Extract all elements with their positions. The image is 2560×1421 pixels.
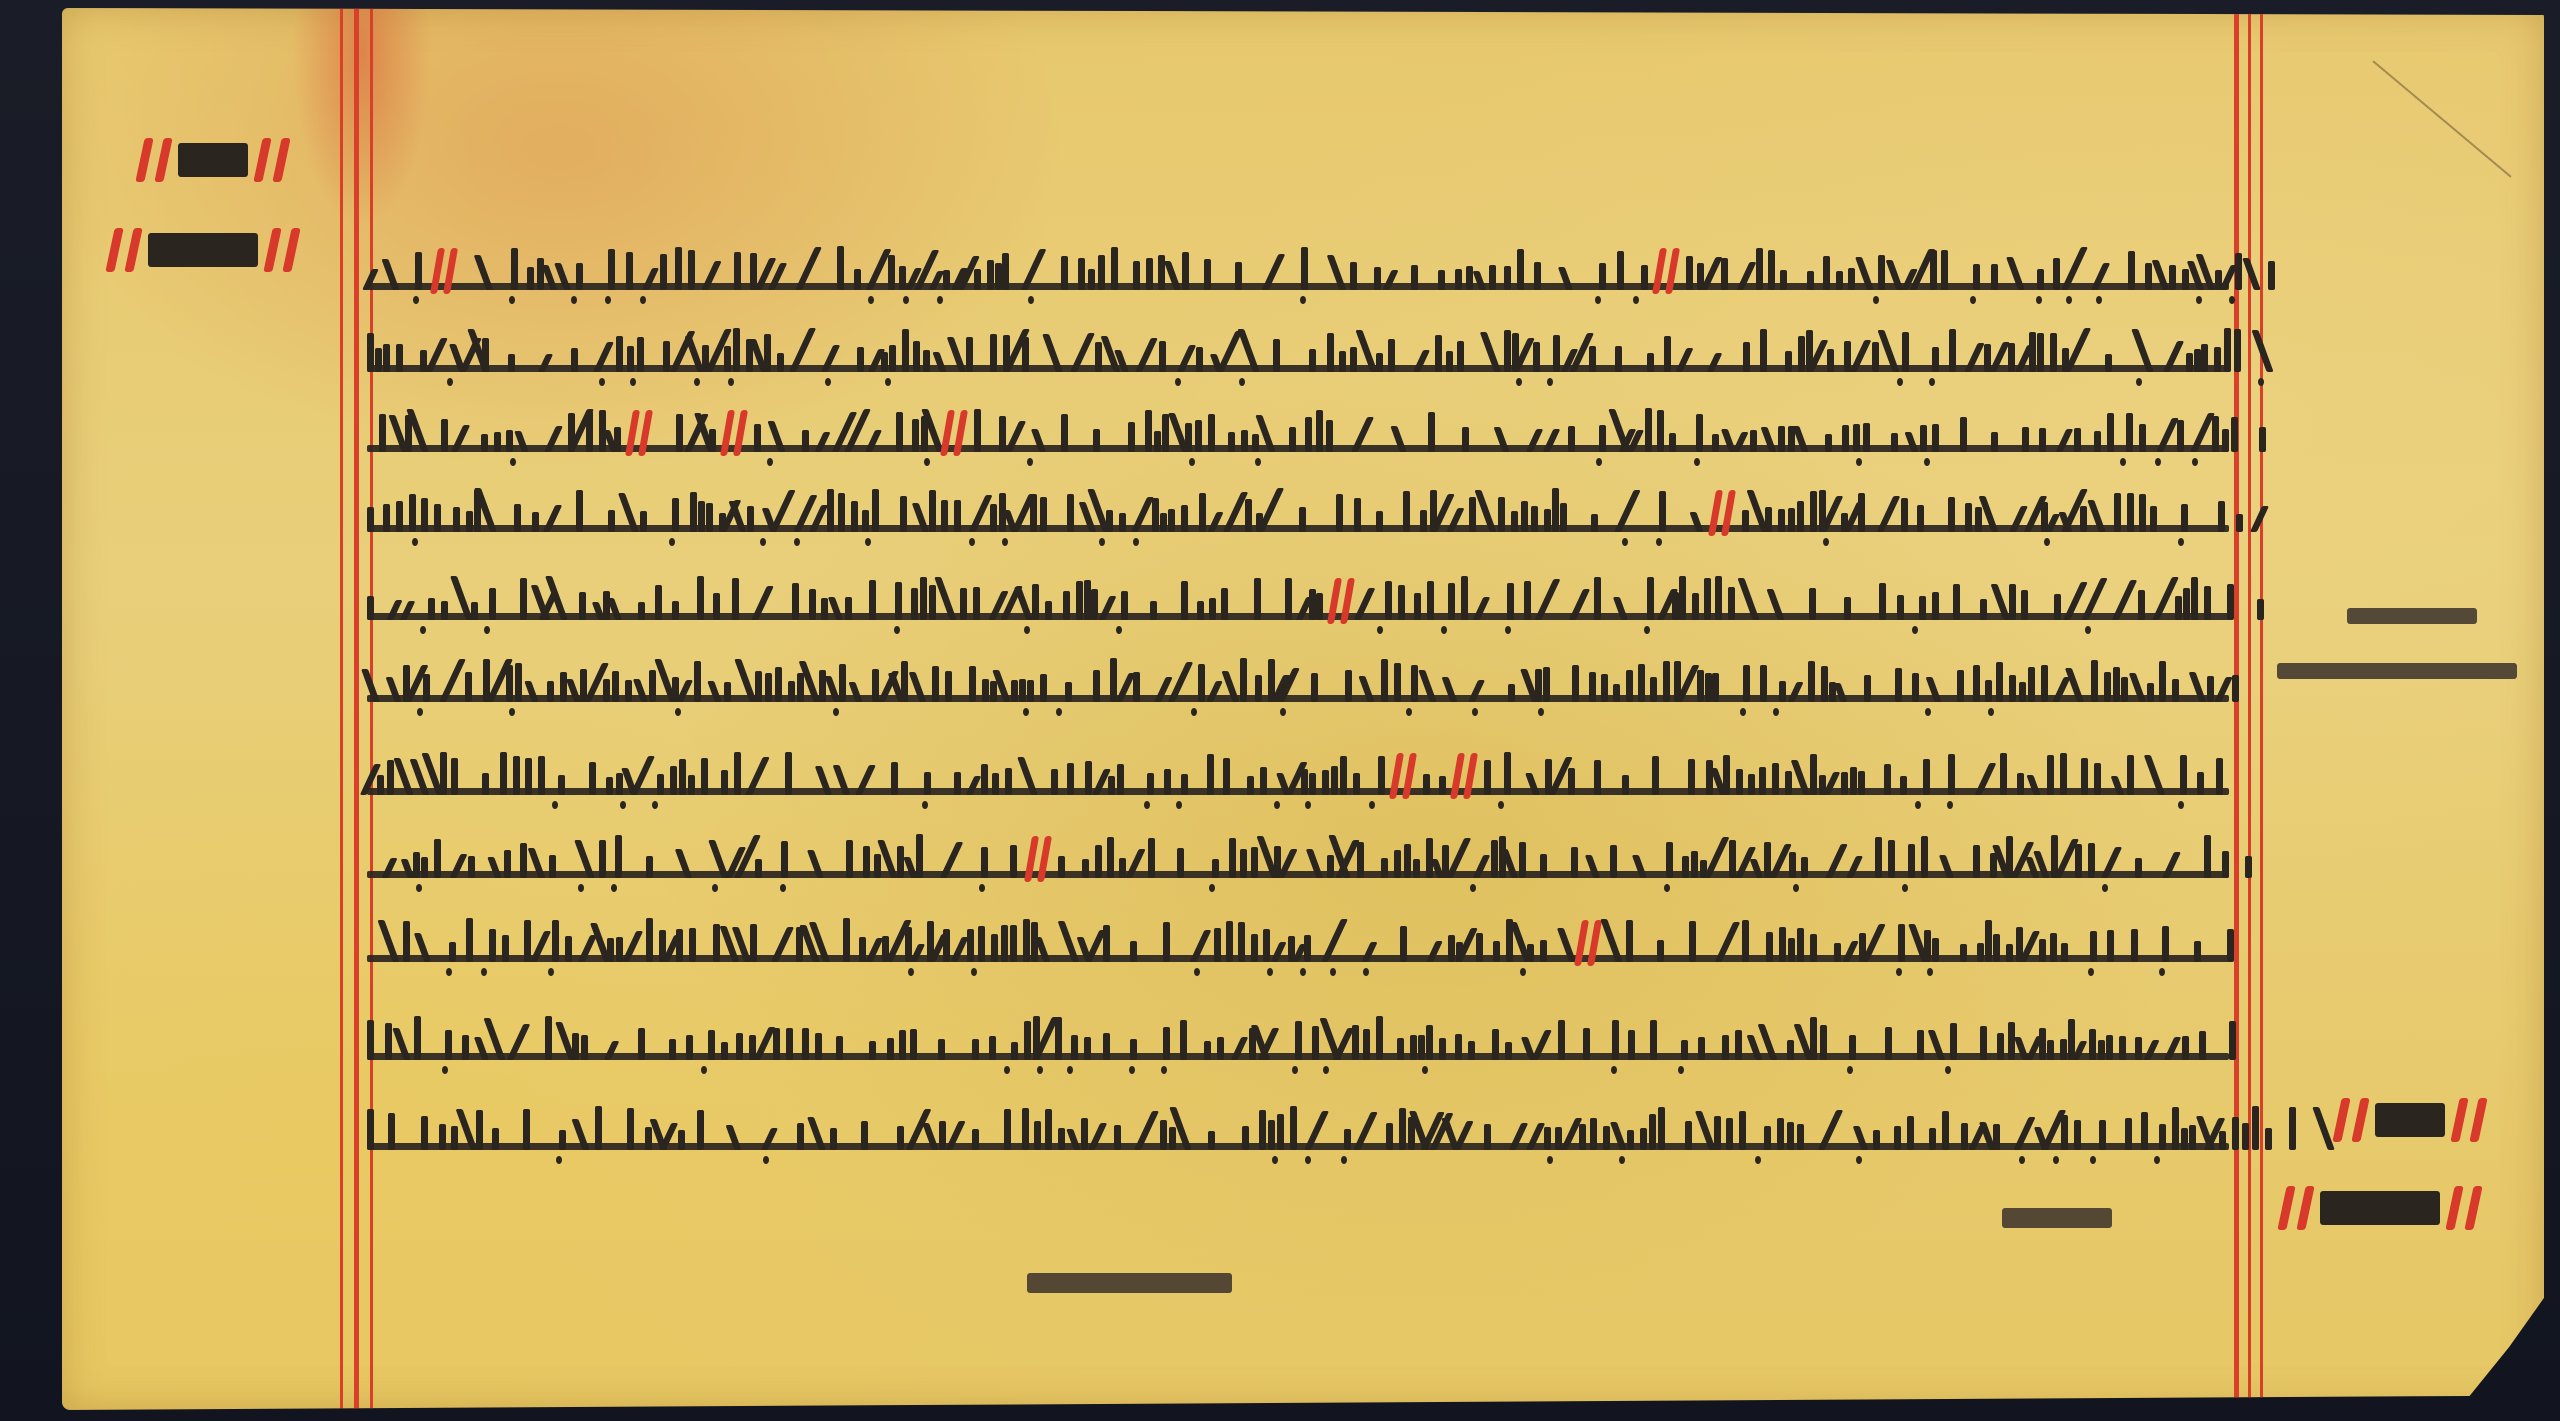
script-glyph: [537, 576, 560, 628]
script-glyph: [571, 751, 600, 803]
script-glyph: [1439, 1016, 1462, 1068]
script-glyph: [755, 658, 782, 710]
script-glyph: [1470, 328, 1498, 380]
script-glyph: [1240, 658, 1262, 710]
script-glyph: [400, 751, 423, 803]
script-glyph: [1912, 658, 1937, 710]
bottom-right-note: पुत्रक्रक: [2002, 1208, 2112, 1228]
script-glyph: [1226, 328, 1252, 380]
script-glyph: [1293, 751, 1316, 803]
script-glyph: [2112, 1106, 2135, 1158]
script-glyph: [1053, 488, 1078, 540]
script-glyph: [1827, 328, 1851, 380]
script-glyph: [1116, 1016, 1141, 1068]
script-glyph: [1728, 328, 1754, 380]
script-glyph: [1526, 658, 1550, 710]
script-glyph: [1327, 328, 1357, 380]
script-glyph: [966, 328, 997, 380]
script-glyph: [1706, 918, 1736, 970]
script-glyph: [1116, 918, 1141, 970]
script-glyph: [1429, 1106, 1454, 1158]
script-glyph: [912, 408, 936, 460]
script-glyph: [1943, 658, 1967, 710]
script-glyph: [1312, 1016, 1334, 1068]
script-glyph: [432, 918, 460, 970]
script-glyph: [796, 918, 823, 970]
script-glyph: [875, 751, 902, 803]
script-glyph: [882, 576, 905, 628]
script-glyph: [812, 328, 838, 380]
script-glyph: [562, 488, 586, 540]
script-glyph: [1883, 918, 1909, 970]
script-glyph: [2121, 834, 2145, 886]
danda-mark: [432, 248, 458, 298]
script-glyph: [1991, 246, 2019, 298]
script-glyph: [779, 488, 809, 540]
text-row: [367, 480, 2229, 540]
script-glyph: [1760, 328, 1792, 380]
script-glyph: [1290, 328, 1321, 380]
script-glyph: [599, 408, 621, 460]
script-glyph: [1548, 408, 1575, 460]
script-glyph: [1921, 834, 1950, 886]
script-glyph: [885, 658, 908, 710]
script-glyph: [1098, 751, 1124, 803]
danda-mark: [1026, 836, 1052, 886]
script-glyph: [2113, 246, 2139, 298]
script-glyph: [1524, 576, 1551, 628]
script-glyph: [1196, 328, 1220, 380]
script-glyph: [616, 328, 644, 380]
script-glyph: [2182, 246, 2209, 298]
script-glyph: [989, 1016, 1018, 1068]
script-glyph: [767, 751, 796, 803]
script-glyph: [1159, 328, 1190, 380]
script-glyph: [715, 328, 740, 380]
script-glyph: [1427, 576, 1455, 628]
script-glyph: [367, 1106, 395, 1158]
script-glyph: [763, 918, 790, 970]
script-glyph: [859, 918, 889, 970]
script-glyph: [690, 488, 713, 540]
script-glyph: [659, 408, 687, 460]
script-glyph: [688, 246, 715, 298]
script-glyph: [1357, 834, 1388, 886]
script-glyph: [1008, 576, 1039, 628]
danda-mark: [1654, 248, 1680, 298]
script-glyph: [1626, 658, 1657, 710]
script-glyph: [625, 488, 647, 540]
script-glyph: [2182, 1016, 2206, 1068]
script-glyph: [1022, 1106, 1052, 1158]
script-glyph: [1095, 328, 1125, 380]
script-glyph: [401, 1106, 433, 1158]
script-glyph: [1631, 328, 1658, 380]
script-glyph: [786, 408, 813, 460]
script-glyph: [1571, 1016, 1593, 1068]
script-glyph: [2051, 834, 2082, 886]
script-glyph: [713, 576, 739, 628]
script-glyph: [1821, 658, 1844, 710]
script-glyph: [1742, 834, 1771, 886]
script-glyph: [2032, 488, 2056, 540]
script-glyph: [594, 1016, 619, 1068]
script-glyph: [1127, 1106, 1154, 1158]
script-glyph: [1011, 658, 1034, 710]
script-glyph: [1641, 488, 1671, 540]
script-glyph: [527, 246, 553, 298]
script-glyph: [1640, 1106, 1665, 1158]
script-glyph: [367, 576, 398, 628]
script-glyph: [645, 1106, 672, 1158]
script-glyph: [1977, 918, 2000, 970]
script-glyph: [1040, 658, 1072, 710]
script-glyph: [2204, 576, 2234, 628]
script-glyph: [941, 751, 964, 803]
script-glyph: [902, 328, 930, 380]
script-glyph: [2088, 834, 2115, 886]
script-glyph: [1610, 751, 1632, 803]
script-glyph: [991, 918, 1017, 970]
script-glyph: [748, 1106, 778, 1158]
script-glyph: [500, 751, 532, 803]
script-glyph: [1245, 488, 1274, 540]
script-glyph: [721, 246, 744, 298]
script-glyph: [1147, 1016, 1174, 1068]
script-glyph: [788, 658, 813, 710]
script-glyph: [2210, 918, 2238, 970]
script-glyph: [502, 576, 531, 628]
script-glyph: [895, 918, 921, 970]
script-glyph: [1760, 658, 1786, 710]
script-glyph: [1354, 488, 1383, 540]
script-glyph: [2060, 751, 2088, 803]
script-glyph: [784, 1106, 807, 1158]
danda-mark: [722, 410, 748, 460]
script-glyph: [1287, 246, 1312, 298]
script-glyph: [1460, 1106, 1491, 1158]
script-glyph: [2177, 408, 2206, 460]
script-glyph: [1954, 246, 1985, 298]
script-glyph: [1706, 751, 1730, 803]
script-glyph: [2107, 918, 2138, 970]
script-glyph: [1194, 751, 1217, 803]
script-glyph: [367, 408, 389, 460]
script-glyph: [1698, 1016, 1729, 1068]
script-glyph: [2202, 1106, 2226, 1158]
script-glyph: [2139, 408, 2171, 460]
script-glyph: [822, 246, 848, 298]
text-row: [367, 826, 2229, 886]
script-glyph: [863, 834, 891, 886]
script-glyph: [897, 834, 923, 886]
script-glyph: [562, 1016, 588, 1068]
script-glyph: [697, 834, 726, 886]
script-glyph: [1616, 408, 1639, 460]
script-glyph: [434, 488, 460, 540]
script-glyph: [1901, 488, 1924, 540]
script-glyph: [1810, 751, 1835, 803]
script-glyph: [404, 576, 435, 628]
script-glyph: [1251, 918, 1282, 970]
script-glyph: [1915, 918, 1939, 970]
script-glyph: [750, 246, 781, 298]
right-margin-note-line1: ३ प्राव: [2347, 608, 2477, 624]
script-glyph: [1949, 328, 1978, 380]
script-glyph: [1260, 751, 1287, 803]
script-glyph: [2172, 1106, 2196, 1158]
script-glyph: [1377, 408, 1407, 460]
script-glyph: [1146, 246, 1176, 298]
script-glyph: [1094, 1106, 1121, 1158]
script-glyph: [1638, 751, 1663, 803]
script-glyph: [1841, 751, 1865, 803]
script-glyph: [1152, 488, 1175, 540]
script-glyph: [1682, 834, 1707, 886]
script-glyph: [1417, 918, 1442, 970]
script-glyph: [1167, 576, 1191, 628]
script-glyph: [2185, 834, 2216, 886]
script-glyph: [659, 918, 683, 970]
script-glyph: [1327, 658, 1357, 710]
script-glyph: [2074, 918, 2101, 970]
script-glyph: [2207, 658, 2239, 710]
script-glyph: [1023, 918, 1046, 970]
script-glyph: [973, 576, 1002, 628]
script-glyph: [956, 918, 985, 970]
script-glyph: [1423, 751, 1446, 803]
script-glyph: [2148, 1016, 2176, 1068]
script-glyph: [1930, 488, 1959, 540]
script-glyph: [1669, 751, 1700, 803]
script-glyph: [1589, 658, 1620, 710]
script-glyph: [1249, 1016, 1272, 1068]
script-glyph: [1348, 918, 1377, 970]
script-glyph: [1058, 1106, 1088, 1158]
script-glyph: [1211, 658, 1234, 710]
script-glyph: [721, 1016, 743, 1068]
script-glyph: [2038, 1106, 2068, 1158]
script-glyph: [2215, 246, 2242, 298]
text-row: [367, 238, 2229, 298]
script-glyph: [1401, 328, 1429, 380]
danda-mark: [1329, 578, 1355, 628]
script-glyph: [1353, 751, 1385, 803]
script-glyph: [1671, 1106, 1696, 1158]
script-glyph: [1280, 488, 1311, 540]
script-glyph: [502, 918, 531, 970]
script-glyph: [1194, 834, 1223, 886]
script-glyph: [1452, 488, 1476, 540]
script-glyph: [531, 408, 562, 460]
script-glyph: [1505, 1016, 1532, 1068]
script-glyph: [679, 328, 709, 380]
danda-mark: [1391, 753, 1417, 803]
script-glyph: [528, 658, 554, 710]
script-glyph: [1617, 246, 1648, 298]
script-glyph: [1445, 408, 1473, 460]
script-glyph: [2006, 1106, 2032, 1158]
script-glyph: [1318, 246, 1344, 298]
script-glyph: [1130, 751, 1158, 803]
script-glyph: [1076, 576, 1098, 628]
script-glyph: [1268, 658, 1292, 710]
script-glyph: [1900, 751, 1930, 803]
script-glyph: [883, 408, 906, 460]
script-glyph: [1317, 918, 1342, 970]
script-glyph: [1134, 576, 1161, 628]
script-glyph: [1956, 834, 1984, 886]
script-glyph: [2240, 576, 2268, 628]
script-glyph: [1789, 576, 1821, 628]
script-glyph: [1827, 576, 1855, 628]
script-glyph: [923, 246, 950, 298]
left-folio-title: ||अग||: [110, 228, 296, 272]
script-glyph: [2074, 408, 2101, 460]
script-glyph: [2039, 918, 2068, 970]
script-glyph: [1907, 1106, 1936, 1158]
script-glyph: [2008, 408, 2033, 460]
script-glyph: [2009, 658, 2035, 710]
script-glyph: [1504, 328, 1527, 380]
script-glyph: [1111, 246, 1140, 298]
script-glyph: [1692, 576, 1722, 628]
script-glyph: [1517, 246, 1541, 298]
script-glyph: [2039, 408, 2068, 460]
script-glyph: [2034, 576, 2066, 628]
script-glyph: [1936, 751, 1958, 803]
script-glyph: [497, 246, 521, 298]
script-glyph: [2107, 408, 2133, 460]
script-glyph: [1609, 488, 1635, 540]
script-glyph: [1599, 1016, 1622, 1068]
script-glyph: [1489, 246, 1511, 298]
script-glyph: [974, 408, 1006, 460]
script-glyph: [1290, 1106, 1320, 1158]
script-glyph: [1545, 751, 1575, 803]
script-glyph: [1275, 408, 1299, 460]
script-glyph: [2084, 246, 2107, 298]
script-glyph: [726, 918, 757, 970]
script-glyph: [559, 328, 581, 380]
script-glyph: [629, 918, 653, 970]
script-glyph: [650, 328, 673, 380]
script-glyph: [1553, 834, 1583, 886]
script-glyph: [2172, 658, 2201, 710]
script-glyph: [1547, 246, 1573, 298]
script-glyph: [1376, 1016, 1404, 1068]
script-glyph: [734, 751, 761, 803]
script-glyph: [367, 246, 394, 298]
script-glyph: [1861, 246, 1885, 298]
script-glyph: [566, 576, 589, 628]
script-glyph: [1301, 576, 1323, 628]
script-glyph: [1850, 658, 1874, 710]
script-glyph: [2134, 658, 2166, 710]
script-glyph: [1104, 576, 1128, 628]
script-glyph: [1810, 1106, 1838, 1158]
script-glyph: [1891, 246, 1913, 298]
script-glyph: [595, 576, 618, 628]
script-glyph: [1594, 576, 1624, 628]
script-glyph: [662, 658, 688, 710]
script-glyph: [1713, 834, 1736, 886]
script-glyph: [2232, 1106, 2259, 1158]
script-glyph: [1810, 918, 1841, 970]
script-glyph: [1180, 1016, 1211, 1068]
script-glyph: [1516, 408, 1542, 460]
script-glyph: [888, 246, 917, 298]
script-glyph: [1750, 408, 1772, 460]
script-glyph: [754, 408, 780, 460]
script-glyph: [2180, 918, 2204, 970]
script-glyph: [1212, 488, 1239, 540]
script-glyph: [2030, 751, 2054, 803]
script-glyph: [879, 1106, 909, 1158]
script-glyph: [1777, 1106, 1804, 1158]
script-glyph: [1459, 658, 1484, 710]
script-glyph: [2248, 246, 2275, 298]
script-glyph: [1225, 1106, 1253, 1158]
script-glyph: [1990, 834, 2013, 886]
right-folio-title: ||शिव||: [2282, 1186, 2478, 1230]
script-glyph: [844, 328, 867, 380]
script-glyph: [1974, 1106, 2000, 1158]
script-glyph: [2141, 1106, 2166, 1158]
script-glyph: [1264, 834, 1291, 886]
script-glyph: [1721, 246, 1750, 298]
script-glyph: [2199, 488, 2230, 540]
script-glyph: [1020, 488, 1047, 540]
script-glyph: [1871, 488, 1895, 540]
script-glyph: [1217, 1016, 1243, 1068]
script-glyph: [2119, 1016, 2142, 1068]
script-glyph: [1777, 834, 1808, 886]
script-glyph: [1217, 246, 1246, 298]
script-glyph: [1110, 408, 1139, 460]
script-glyph: [849, 1016, 881, 1068]
script-glyph: [1322, 751, 1347, 803]
script-glyph: [2186, 328, 2208, 380]
script-glyph: [1844, 1106, 1867, 1158]
script-glyph: [1682, 408, 1706, 460]
script-glyph: [1468, 1016, 1499, 1068]
script-glyph: [1278, 1016, 1306, 1068]
script-glyph: [568, 408, 593, 460]
script-glyph: [1581, 408, 1610, 460]
script-glyph: [1476, 918, 1500, 970]
script-glyph: [1234, 576, 1266, 628]
script-glyph: [540, 1106, 571, 1158]
script-glyph: [786, 1016, 809, 1068]
script-glyph: [952, 1106, 979, 1158]
script-glyph: [929, 834, 960, 886]
script-glyph: [2019, 834, 2045, 886]
script-glyph: [1997, 576, 2028, 628]
script-glyph: [1055, 1016, 1078, 1068]
script-glyph: [467, 328, 489, 380]
script-glyph: [1810, 408, 1836, 460]
script-glyph: [1628, 1016, 1657, 1068]
script-glyph: [813, 1106, 837, 1158]
script-glyph: [1871, 751, 1894, 803]
manuscript-folio: ||८३|| ||अग|| ३ प्राव मायावव्यापर ||८३||…: [62, 8, 2544, 1410]
script-glyph: [1823, 246, 1855, 298]
script-glyph: [1012, 408, 1042, 460]
script-glyph: [911, 576, 936, 628]
script-glyph: [693, 408, 716, 460]
script-glyph: [1491, 834, 1513, 886]
